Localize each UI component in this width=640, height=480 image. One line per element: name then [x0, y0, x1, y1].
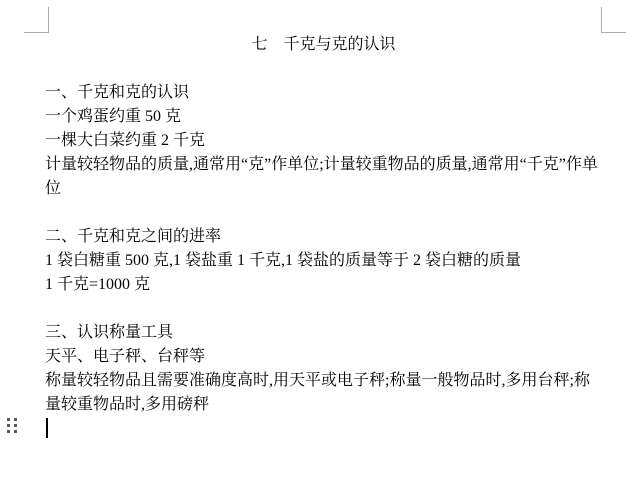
document-title[interactable]: 七 千克与克的认识: [45, 33, 602, 57]
section-1-line-3[interactable]: 计量较轻物品的质量,通常用“克”作单位;计量较重物品的质量,通常用“千克”作单位: [45, 153, 602, 201]
blank-line[interactable]: [45, 201, 602, 225]
section-3-line-1[interactable]: 天平、电子秤、台秤等: [45, 345, 602, 369]
document-text-area[interactable]: 七 千克与克的认识 一、千克和克的认识 一个鸡蛋约重 50 克 一棵大白菜约重 …: [45, 33, 602, 417]
section-2-line-1[interactable]: 1 袋白糖重 500 克,1 袋盐重 1 千克,1 袋盐的质量等于 2 袋白糖的…: [45, 249, 602, 273]
section-3-line-2[interactable]: 称量较轻物品且需要准确度高时,用天平或电子秤;称量一般物品时,多用台秤;称量较重…: [45, 369, 602, 417]
section-2-heading[interactable]: 二、千克和克之间的进率: [45, 225, 602, 249]
section-3-heading[interactable]: 三、认识称量工具: [45, 321, 602, 345]
document-page: 七 千克与克的认识 一、千克和克的认识 一个鸡蛋约重 50 克 一棵大白菜约重 …: [0, 0, 640, 480]
blank-line[interactable]: [45, 297, 602, 321]
crop-mark-top-left-icon: [24, 7, 49, 33]
crop-mark-top-right-icon: [601, 7, 626, 33]
text-caret: [46, 418, 48, 438]
drag-handle-icon[interactable]: [7, 418, 17, 433]
blank-line[interactable]: [45, 57, 602, 81]
section-2-line-2[interactable]: 1 千克=1000 克: [45, 273, 602, 297]
section-1-line-2[interactable]: 一棵大白菜约重 2 千克: [45, 129, 602, 153]
section-1-heading[interactable]: 一、千克和克的认识: [45, 81, 602, 105]
section-1-line-1[interactable]: 一个鸡蛋约重 50 克: [45, 105, 602, 129]
